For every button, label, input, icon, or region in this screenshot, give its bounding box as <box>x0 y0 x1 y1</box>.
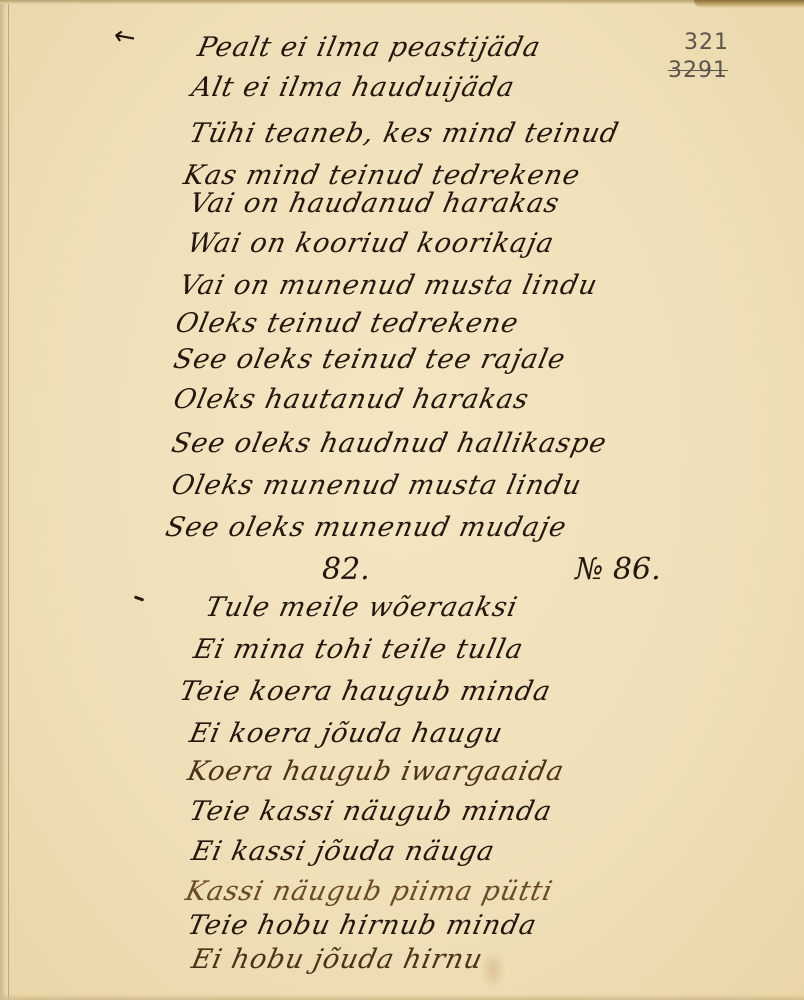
verse-line: See oleks munenud mudaje <box>163 512 570 543</box>
verse-line: Vai on munenud musta lindu <box>177 270 601 301</box>
verse-line: See oleks teinud tee rajale <box>171 344 569 375</box>
verse-line: Teie koera haugub minda <box>177 676 554 707</box>
verse-line: Ei kassi jõuda näuga <box>189 836 498 867</box>
verse-line: Teie hobu hirnub minda <box>185 910 540 941</box>
verse-line: Teie kassi näugub minda <box>187 796 555 827</box>
bottom-paper-edge <box>0 994 804 1000</box>
verse-line: Ei hobu jõuda hirnu <box>189 944 486 975</box>
verse-line: Alt ei ilma hauduijäda <box>189 72 518 103</box>
archive-number: 321 <box>684 30 729 55</box>
item-number: № 86. <box>575 552 661 587</box>
verse-line: Wai on kooriud koorikaja <box>185 228 558 259</box>
manuscript-page: ↖ 321 3291 Pealt ei ilma peastijäda Alt … <box>0 0 804 1000</box>
verse-line: Ei mina tohi teile tulla <box>191 634 527 665</box>
song-number: 82. <box>322 552 370 587</box>
ink-stain <box>480 950 506 990</box>
archive-number-struck: 3291 <box>668 58 728 83</box>
verse-line: Ei koera jõuda haugu <box>187 718 506 749</box>
torn-corner <box>694 0 804 8</box>
corner-arrow-mark: ↖ <box>107 18 142 55</box>
top-paper-edge <box>0 0 804 4</box>
binding-edge <box>0 0 9 1000</box>
ink-dash <box>134 595 144 601</box>
verse-line: Koera haugub iwargaaida <box>185 756 568 787</box>
verse-line: Kassi näugub piima pütti <box>183 876 556 907</box>
verse-line: Kas mind teinud tedrekene <box>181 160 584 191</box>
verse-line: Tühi teaneb, kes mind teinud <box>187 118 622 149</box>
verse-line: Pealt ei ilma peastijäda <box>195 32 544 63</box>
verse-line: Oleks hautanud harakas <box>171 384 532 415</box>
verse-line: See oleks haudnud hallikaspe <box>169 428 610 459</box>
verse-line: Tule meile wõeraaksi <box>203 592 521 623</box>
verse-line: Oleks teinud tedrekene <box>173 308 522 339</box>
verse-line: Oleks munenud musta lindu <box>169 470 585 501</box>
verse-line: Vai on haudanud harakas <box>187 188 563 219</box>
